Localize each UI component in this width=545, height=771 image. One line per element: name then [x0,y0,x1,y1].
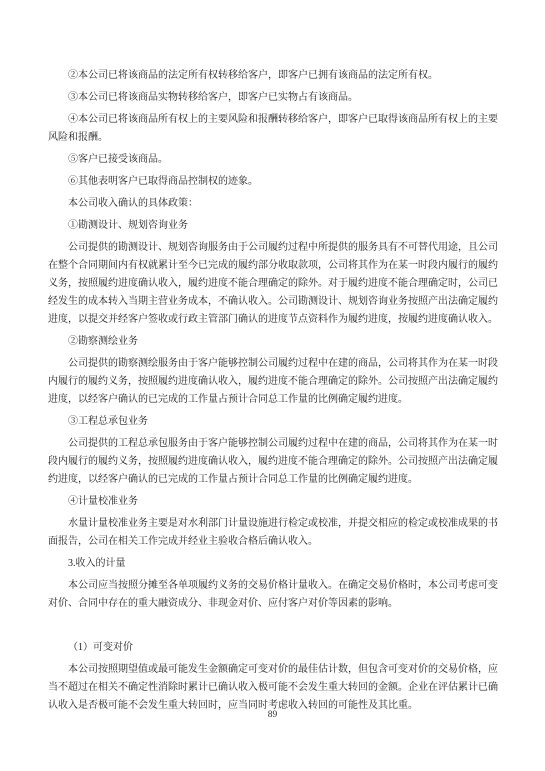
variable-consideration-heading: （1）可变对价 [48,639,498,657]
page-number: 89 [0,710,545,720]
survey-design-heading: ①勘测设计、规划咨询业务 [48,217,498,235]
control-indicator-item-5: ⑤客户已接受该商品。 [48,151,498,169]
epc-contracting-body: 公司提供的工程总承包服务由于客户能够控制公司履约过程中在建的商品，公司将其作为在… [48,435,498,489]
revenue-measurement-body: 本公司应当按照分摊至各单项履约义务的交易价格计量收入。在确定交易价格时，本公司考… [48,577,498,613]
revenue-measurement-heading: 3.收入的计量 [48,555,498,573]
control-indicator-item-6: ⑥其他表明客户已取得商品控制权的迹象。 [48,173,498,191]
survey-design-body: 公司提供的勘测设计、规划咨询服务由于公司履约过程中所提供的服务具有不可替代用途，… [48,239,498,329]
metering-calibration-heading: ④计量校准业务 [48,493,498,511]
control-indicator-item-4: ④本公司已将该商品所有权上的主要风险和报酬转移给客户，即客户已取得该商品所有权上… [48,111,498,147]
metering-calibration-body: 水量计量校准业务主要是对水利部门计量设施进行检定或校准，并提交相应的检定或校准成… [48,515,498,551]
revenue-policy-intro: 本公司收入确认的具体政策： [48,195,498,213]
reconnaissance-mapping-heading: ②勘察测绘业务 [48,333,498,351]
control-indicator-item-2: ②本公司已将该商品的法定所有权转移给客户，即客户已拥有该商品的法定所有权。 [48,67,498,85]
epc-contracting-heading: ③工程总承包业务 [48,413,498,431]
reconnaissance-mapping-body: 公司提供的勘察测绘服务由于客户能够控制公司履约过程中在建的商品，公司将其作为在某… [48,355,498,409]
document-page: ②本公司已将该商品的法定所有权转移给客户，即客户已拥有该商品的法定所有权。 ③本… [0,0,545,771]
control-indicator-item-3: ③本公司已将该商品实物转移给客户，即客户已实物占有该商品。 [48,89,498,107]
variable-consideration-body: 本公司按照期望值或最可能发生金额确定可变对价的最佳估计数，但包含可变对价的交易价… [48,661,498,715]
